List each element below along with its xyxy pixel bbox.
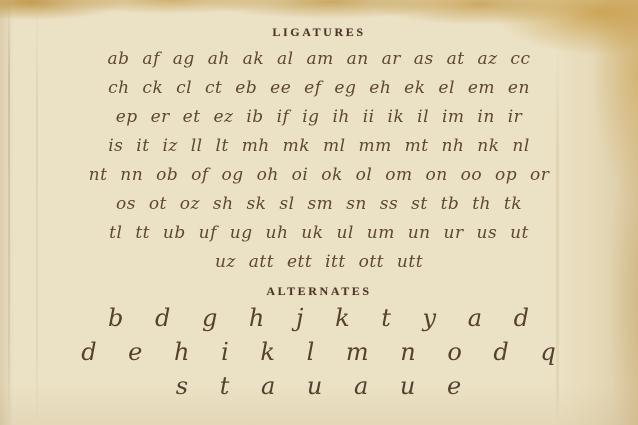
alternates-heading: ALTERNATES (266, 284, 371, 299)
ligature-row: is it iz ll lt mh mk ml mm mt nh nk nl (89, 132, 550, 161)
font-specimen-page: LIGATURES ab af ag ah ak al am an ar as … (0, 0, 638, 425)
alternate-row: d e h i k l m n o d q (81, 335, 557, 369)
ligature-row: tl tt ub uf ug uh uk ul um un ur us ut (89, 219, 550, 248)
alternate-row: b d g h j k t y a d (81, 301, 557, 335)
alternates-block: b d g h j k t y a d d e h i k l m n o d … (81, 301, 557, 403)
ligature-row: ch ck cl ct eb ee ef eg eh ek el em en (89, 74, 550, 103)
ligature-row: ab af ag ah ak al am an ar as at az cc (89, 45, 550, 74)
ligature-row: os ot oz sh sk sl sm sn ss st tb th tk (89, 190, 550, 219)
specimen-content: LIGATURES ab af ag ah ak al am an ar as … (0, 0, 638, 425)
ligature-row: uz att ett itt ott utt (89, 248, 550, 277)
ligatures-block: ab af ag ah ak al am an ar as at az cc c… (89, 45, 550, 277)
ligature-row: ep er et ez ib if ig ih ii ik il im in i… (89, 103, 550, 132)
ligature-row: nt nn ob of og oh oi ok ol om on oo op o… (89, 161, 550, 190)
ligatures-heading: LIGATURES (272, 25, 365, 40)
alternate-row: s t a u a u e (81, 369, 557, 403)
